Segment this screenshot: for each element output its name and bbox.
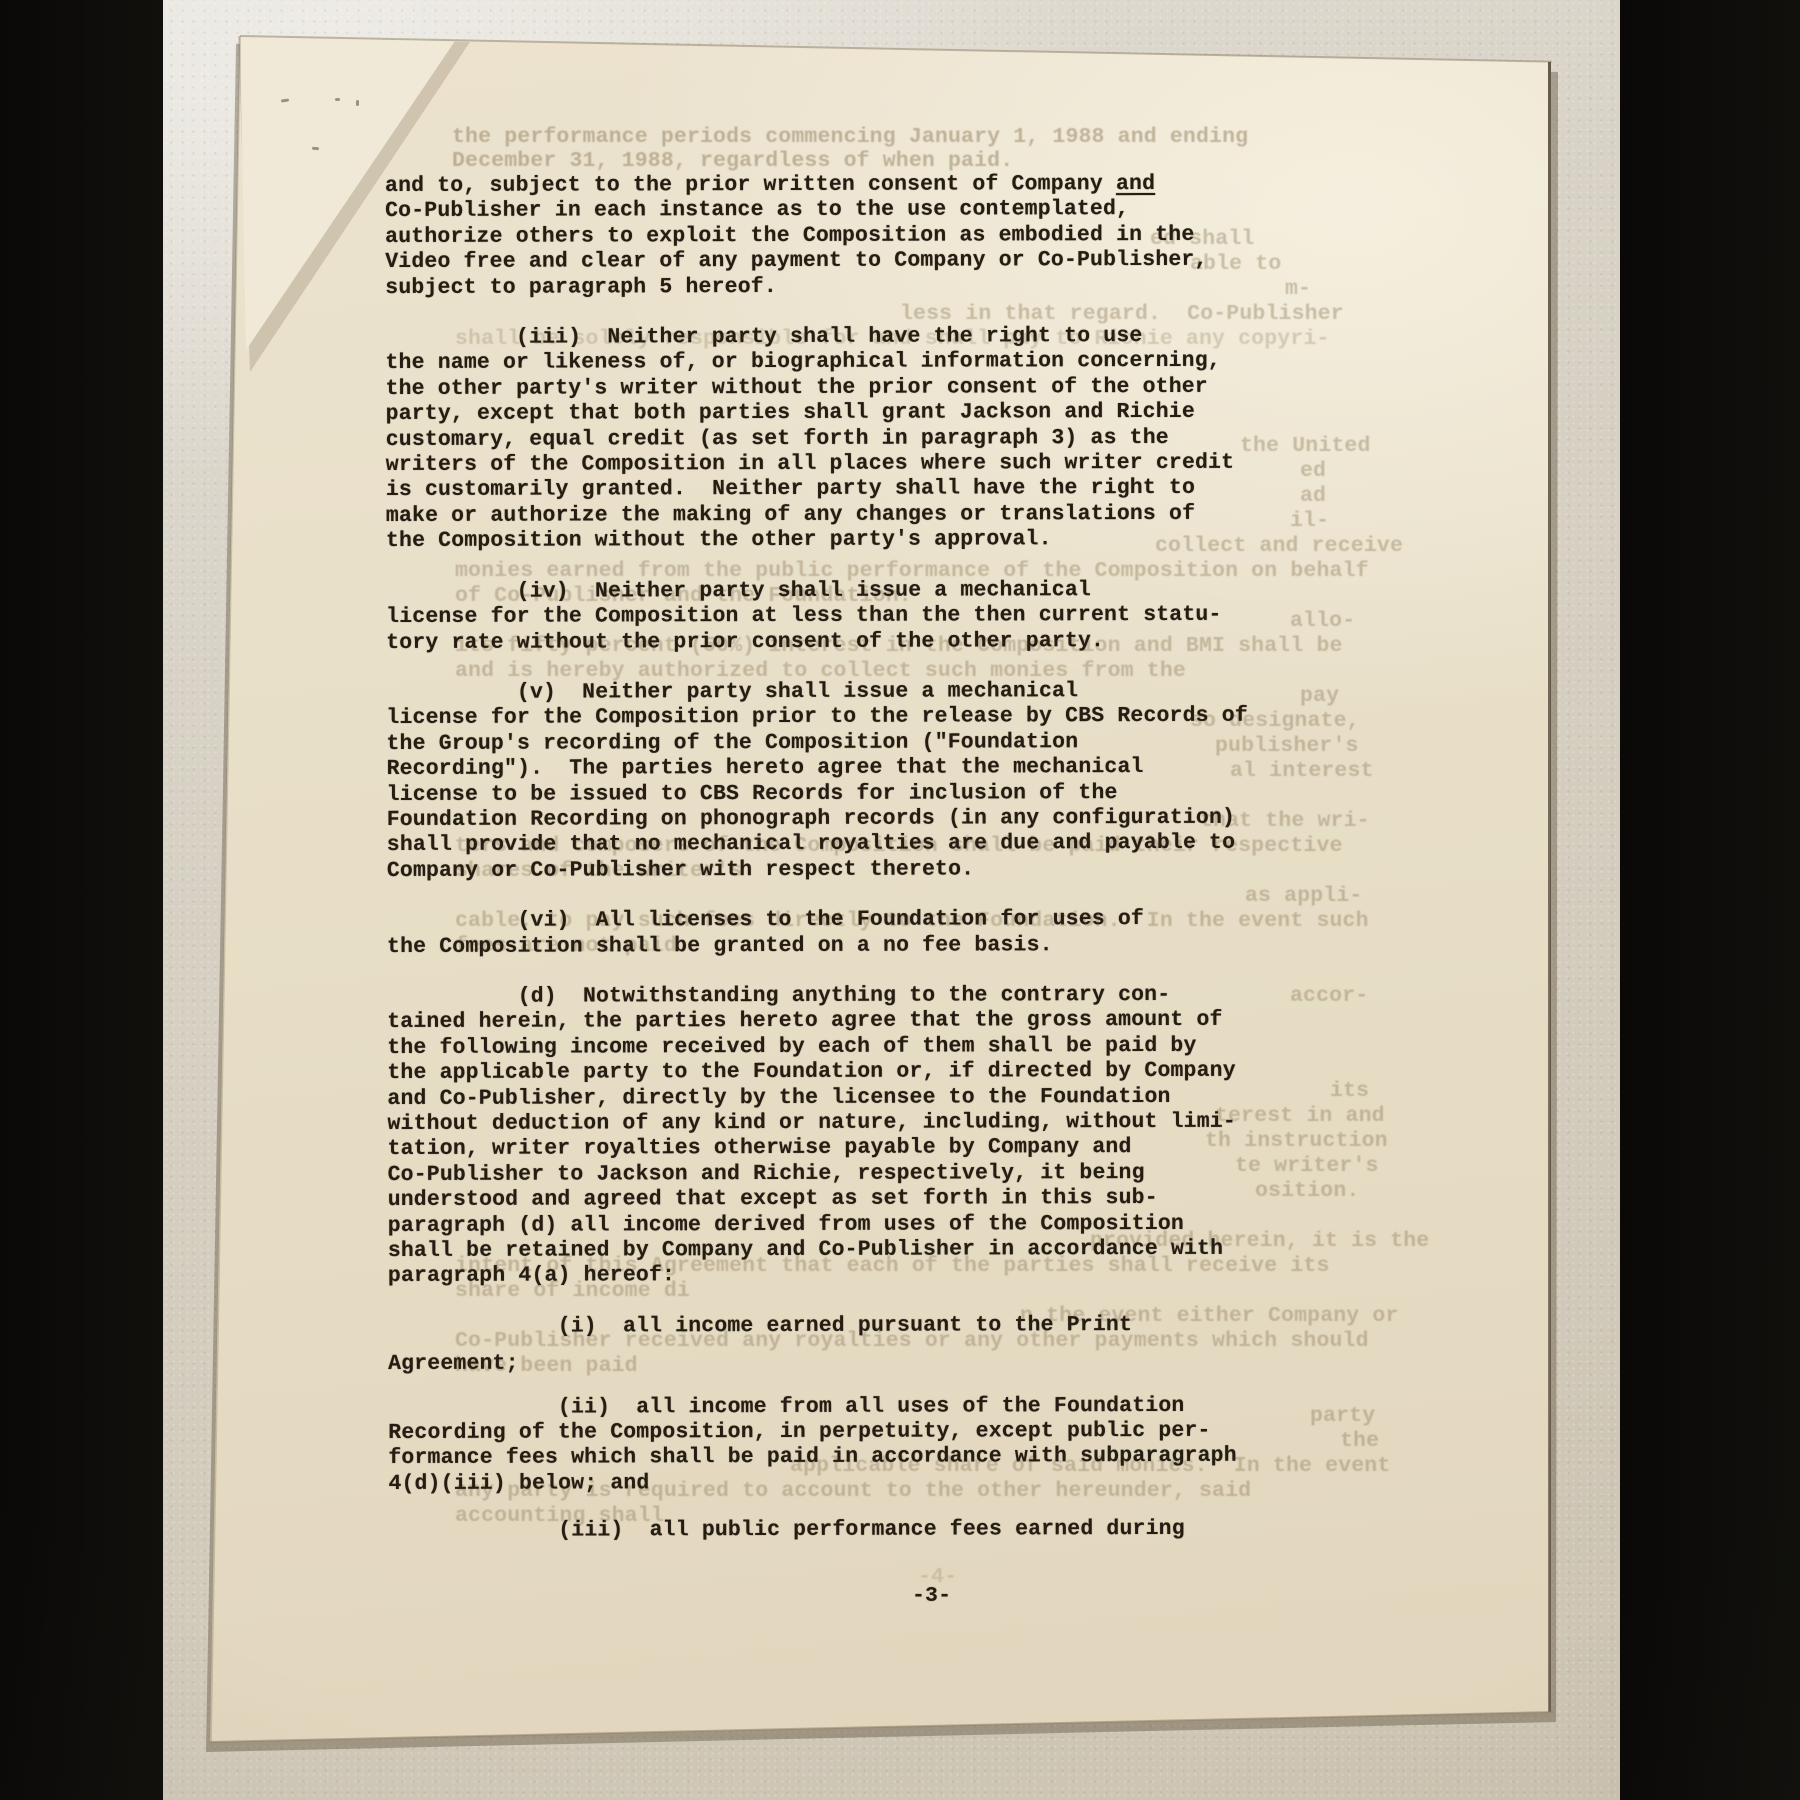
typed-line: 4(d)(iii) below; and bbox=[388, 1470, 1250, 1498]
typed-line: subject to paragraph 5 hereof. bbox=[385, 273, 1247, 301]
typed-line: understood and agreed that except as set… bbox=[388, 1186, 1250, 1214]
paragraph: and to, subject to the prior written con… bbox=[385, 172, 1247, 301]
paragraph: (iii) Neither party shall have the right… bbox=[385, 324, 1247, 555]
paragraph: (i) all income earned pursuant to the Pr… bbox=[388, 1313, 1250, 1341]
typed-line: license to be issued to CBS Records for … bbox=[387, 780, 1249, 808]
typed-line: Company or Co-Publisher with respect the… bbox=[387, 856, 1249, 884]
typed-line: the Composition without the other party'… bbox=[386, 527, 1248, 555]
ghost-text-line: accor- bbox=[1290, 984, 1368, 1009]
typed-line: (iii) all public performance fees earned… bbox=[389, 1517, 1251, 1545]
ghost-text-line: ad bbox=[1300, 484, 1326, 509]
paper-edge-right bbox=[1548, 62, 1551, 1712]
typed-line: customary, equal credit (as set forth in… bbox=[386, 425, 1248, 453]
typed-line: make or authorize the making of any chan… bbox=[386, 502, 1248, 530]
typed-line: and Co-Publisher, directly by the licens… bbox=[387, 1084, 1249, 1112]
typed-line: the Group's recording of the Composition… bbox=[386, 729, 1248, 757]
page-number: -3- bbox=[912, 1584, 951, 1608]
typed-line: (iv) Neither party shall issue a mechani… bbox=[386, 577, 1248, 605]
typed-line: (ii) all income from all uses of the Fou… bbox=[388, 1393, 1250, 1421]
typed-line: shall provide that no mechanical royalti… bbox=[387, 831, 1249, 859]
pencil-mark bbox=[356, 100, 359, 106]
photo-border-right bbox=[1620, 0, 1800, 1800]
ghost-text-line: the United bbox=[1240, 434, 1371, 459]
typed-line: license for the Composition prior to the… bbox=[386, 704, 1248, 732]
typed-line: tained herein, the parties hereto agree … bbox=[387, 1008, 1249, 1036]
typed-line: paragraph 4(a) hereof: bbox=[388, 1262, 1250, 1290]
paragraph: (d) Notwithstanding anything to the cont… bbox=[387, 983, 1249, 1290]
underlined-word: and bbox=[1116, 172, 1155, 196]
typed-line: Agreement; bbox=[388, 1350, 1250, 1378]
typed-line: the following income received by each of… bbox=[387, 1034, 1249, 1062]
ghost-text-line: the performance periods commencing Janua… bbox=[452, 125, 1248, 150]
ghost-text-line: allo- bbox=[1290, 609, 1355, 634]
typed-line: (vi) All licenses to the Foundation for … bbox=[387, 907, 1249, 935]
typed-text-block: and to, subject to the prior written con… bbox=[385, 172, 1250, 1545]
typed-line: paragraph (d) all income derived from us… bbox=[388, 1211, 1250, 1239]
paragraph: (ii) all income from all uses of the Fou… bbox=[388, 1393, 1250, 1497]
typed-line: the name or likeness of, or biographical… bbox=[385, 349, 1247, 377]
typed-line: and to, subject to the prior written con… bbox=[385, 172, 1247, 200]
ghost-text-line: its bbox=[1330, 1079, 1369, 1104]
ghost-text-line: osition. bbox=[1255, 1179, 1359, 1204]
typed-line: writers of the Composition in all places… bbox=[386, 451, 1248, 479]
typed-line: tory rate without the prior consent of t… bbox=[386, 628, 1248, 656]
typed-line: (i) all income earned pursuant to the Pr… bbox=[388, 1313, 1250, 1341]
ghost-text-line: December 31, 1988, regardless of when pa… bbox=[452, 149, 1013, 174]
typed-line: Recording"). The parties hereto agree th… bbox=[387, 755, 1249, 783]
typed-line: Video free and clear of any payment to C… bbox=[385, 248, 1247, 276]
typed-line: Co-Publisher in each instance as to the … bbox=[385, 197, 1247, 225]
paragraph: (iv) Neither party shall issue a mechani… bbox=[386, 577, 1248, 655]
typed-line: the other party's writer without the pri… bbox=[386, 375, 1248, 403]
pencil-mark bbox=[312, 147, 319, 151]
ghost-text-line: il- bbox=[1290, 509, 1329, 534]
ghost-text-line: ed bbox=[1300, 459, 1326, 484]
typed-line: Foundation Recording on phonograph recor… bbox=[387, 806, 1249, 834]
typed-line: the applicable party to the Foundation o… bbox=[387, 1059, 1249, 1087]
paragraph: (vi) All licenses to the Foundation for … bbox=[387, 907, 1249, 960]
ghost-text-line: as appli- bbox=[1245, 884, 1362, 909]
typed-line: without deduction of any kind or nature,… bbox=[387, 1110, 1249, 1138]
typed-line: (iii) Neither party shall have the right… bbox=[385, 324, 1247, 352]
typed-line: the Composition shall be granted on a no… bbox=[387, 932, 1249, 960]
ghost-text-line: pay bbox=[1300, 684, 1339, 709]
photo-border-left bbox=[0, 0, 163, 1800]
typed-line: authorize others to exploit the Composit… bbox=[385, 223, 1247, 251]
photographed-contract-page: { "document": { "page_number": "-3-", "p… bbox=[0, 0, 1800, 1800]
paragraph: Agreement; bbox=[388, 1350, 1250, 1378]
ghost-text-line: m- bbox=[1285, 277, 1311, 302]
typed-line: (d) Notwithstanding anything to the cont… bbox=[387, 983, 1249, 1011]
typed-line: Recording of the Composition, in perpetu… bbox=[388, 1419, 1250, 1447]
ghost-text-line: the bbox=[1340, 1429, 1379, 1454]
typed-line: is customarily granted. Neither party sh… bbox=[386, 476, 1248, 504]
ghost-text-line: party bbox=[1310, 1404, 1375, 1429]
typed-line: tation, writer royalties otherwise payab… bbox=[388, 1135, 1250, 1163]
typed-line: shall be retained by Company and Co-Publ… bbox=[388, 1237, 1250, 1265]
typed-line: Co-Publisher to Jackson and Richie, resp… bbox=[388, 1161, 1250, 1189]
typed-line: (v) Neither party shall issue a mechanic… bbox=[386, 679, 1248, 707]
ghost-text-line: al interest bbox=[1230, 759, 1374, 784]
pencil-mark bbox=[335, 98, 340, 101]
typed-line: formance fees which shall be paid in acc… bbox=[388, 1444, 1250, 1472]
paragraph: (iii) all public performance fees earned… bbox=[389, 1517, 1251, 1545]
ghost-text-line: te writer's bbox=[1235, 1154, 1379, 1179]
typed-line: party, except that both parties shall gr… bbox=[386, 400, 1248, 428]
paragraph: (v) Neither party shall issue a mechanic… bbox=[386, 679, 1248, 885]
typed-line: license for the Composition at less than… bbox=[386, 603, 1248, 631]
